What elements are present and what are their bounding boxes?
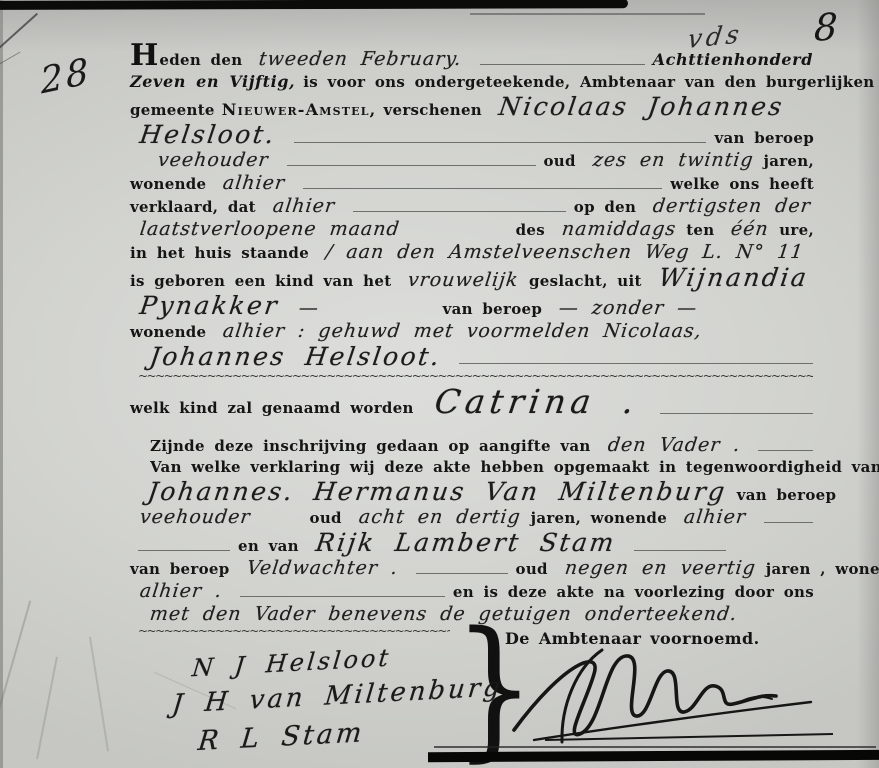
fill-line [660, 411, 813, 414]
printed-form-text: eden den [159, 51, 242, 70]
printed-form-text: Van welke verklaring wij deze akte hebbe… [150, 458, 879, 477]
document-line: welk kind zal genaamd wordenCatrina . [130, 385, 821, 419]
printed-form-text: geslacht, uit [529, 272, 642, 291]
scan-edge-line-top [470, 13, 705, 15]
printed-form-text: jaren, [763, 152, 814, 171]
document-line: is geboren een kind van hetvrouwelijkges… [130, 265, 821, 291]
wavy-fill-line: ~~~~~~~~~~~~~~~~~~~~~~~~~~~~~~~~~~~~~~~~… [138, 371, 813, 381]
printed-form-text: verklaard, dat [130, 198, 256, 217]
ink-bleedthrough [36, 657, 58, 759]
akte-lines: Heden dentweeden February.Achttienhonder… [130, 48, 821, 640]
printed-form-text: van beroep [714, 129, 814, 148]
handwritten-entry: één [730, 219, 770, 239]
document-line: veehouderoudzes en twintigjaren, [148, 150, 821, 171]
fill-line [459, 361, 813, 364]
document-line: Heden dentweeden February.Achttienhonder… [130, 48, 821, 70]
fill-line [240, 594, 445, 597]
handwritten-entry: zes en twintig [592, 150, 755, 170]
handwritten-entry: acht en dertig [358, 507, 522, 527]
document-line: Pynakker—van beroep— zonder — [130, 293, 821, 319]
scan-edge-line-bottom [434, 746, 876, 748]
handwritten-entry: alhier [272, 196, 337, 216]
handwritten-name: Wijnandia [657, 265, 810, 290]
handwritten-entry: — zonder — [558, 298, 699, 318]
handwritten-name: Johannes Helsloot. [148, 344, 443, 369]
document-line: en vanRijk Lambert Stam [130, 530, 821, 556]
fill-line [294, 140, 706, 143]
document-line: in het huis staande/ aan den Amstelveens… [130, 242, 821, 263]
fill-line-short [634, 548, 726, 551]
printed-form-text: is geboren een kind van het [130, 272, 391, 291]
printed-form-text: jaren , wonende [766, 560, 879, 579]
document-line: wonendealhierwelke ons heeft [130, 173, 821, 194]
printed-form-text: en van [238, 537, 299, 556]
printed-form-text: gemeente [130, 101, 215, 120]
document-line: van beroepVeldwachter .oudnegen en veert… [130, 558, 821, 579]
wavy-fill-line: ~~~~~~~~~~~~~~~~~~~~~~~~~~~~~~~~~~~~~~~~… [138, 626, 450, 636]
fill-line [480, 62, 645, 65]
ink-bleedthrough [89, 637, 109, 752]
handwritten-entry: alhier : gehuwd met voormelden Nicolaas, [222, 321, 703, 341]
handwritten-entry: dertigsten der [652, 196, 812, 216]
fill-line [758, 448, 813, 451]
handwritten-name: Rijk Lambert Stam [314, 530, 617, 555]
ink-bleedthrough [0, 600, 31, 735]
handwritten-name: Helsloot. [138, 122, 278, 147]
document-line: wonendealhier : gehuwd met voormelden Ni… [130, 321, 821, 342]
handwritten-entry: Veldwachter . [245, 558, 398, 578]
handwritten-entry: den Vader . [606, 435, 741, 455]
handwritten-name: Nicolaas Johannes [497, 94, 785, 119]
witness-signatures: N J HelslootJ H van MiltenburgR L Stam [172, 646, 503, 749]
handwritten-entry: vrouwelijk [407, 270, 520, 290]
printed-form-text: welke ons heeft [670, 175, 814, 194]
printed-form-text-italic: Achttienhonderd [653, 50, 813, 69]
document-line: Zijnde deze inschrijving gedaan op aangi… [150, 435, 821, 456]
handwritten-entry: negen en veertig [564, 558, 757, 578]
printed-form-text: ure, [779, 221, 814, 240]
scan-edge-left [0, 0, 3, 768]
printed-initial: H [130, 48, 158, 64]
document-line: Johannes Helsloot. [140, 344, 821, 369]
printed-form-text: welk kind zal genaamd worden [130, 399, 414, 418]
page-number: 8 [813, 5, 838, 50]
printed-form-text: oud [516, 560, 548, 579]
handwritten-entry: tweeden February. [258, 49, 463, 69]
printed-form-text: van beroep [443, 300, 543, 319]
scan-edge-bar-top [0, 0, 628, 10]
printed-form-text: verschenen [383, 101, 482, 120]
fill-line [287, 163, 536, 166]
handwritten-child-name: Catrina . [432, 385, 640, 419]
document-line: Johannes. Hermanus Van Miltenburgvan ber… [138, 479, 821, 505]
document-line: gemeenteNieuwer-Amstel,verschenenNicolaa… [130, 94, 821, 120]
printed-form-text: in het huis staande [130, 244, 309, 263]
fill-line-short [138, 548, 230, 551]
scanned-birth-record: 28 vds 8 Heden dentweeden February.Achtt… [0, 0, 879, 768]
printed-form-text: oud [310, 509, 342, 528]
document-line: Helsloot.van beroep [130, 122, 821, 148]
document-line: veehouderoudacht en dertigjaren, wonende… [130, 507, 821, 528]
document-line: verklaard, datalhierop dendertigsten der [130, 196, 821, 217]
fill-line [353, 209, 566, 212]
handwritten-entry: alhier [222, 173, 287, 193]
handwritten-entry: / aan den Amstelveenschen Weg L. N° 11 [325, 242, 805, 262]
printed-form-text: wonende [130, 323, 206, 342]
handwritten-entry: met den Vader benevens de getuigen onder… [149, 604, 739, 624]
printed-form-text: jaren, wonende [531, 509, 667, 528]
document-line: laatstverloopene maanddesnamiddagstenéén… [130, 219, 821, 240]
handwritten-entry: laatstverloopene maand [139, 219, 401, 239]
handwritten-entry: alhier . [139, 581, 224, 601]
printed-form-text: is voor ons ondergeteekende, Ambtenaar v… [303, 73, 879, 92]
handwritten-entry: veehouder [157, 150, 270, 170]
printed-form-text-italic: Zeven en Vijftig, [130, 72, 295, 91]
printed-form-text: van beroep [130, 560, 230, 579]
printed-form-text: van beroep [737, 486, 837, 505]
printed-form-text: des [516, 221, 545, 240]
scan-shadow-right [857, 0, 879, 768]
printed-form-text: ten [686, 221, 714, 240]
printed-form-text: oud [544, 152, 576, 171]
document-line: Zeven en Vijftig,is voor ons ondergeteek… [130, 72, 821, 92]
handwritten-entry: namiddags [561, 219, 678, 239]
handwritten-name: Johannes. Hermanus Van Miltenburg [146, 479, 728, 504]
printed-form-text: Zijnde deze inschrijving gedaan op aangi… [150, 437, 591, 456]
scan-scratch [0, 52, 21, 66]
document-line: Van welke verklaring wij deze akte hebbe… [150, 458, 821, 477]
printed-form-text: wonende [130, 175, 206, 194]
act-number: 28 [39, 50, 93, 102]
handwritten-entry: — [298, 298, 320, 318]
handwritten-entry: alhier [683, 507, 748, 527]
fill-line [303, 186, 662, 189]
scan-edge-bar-bottom [428, 750, 879, 762]
printed-place-name: Nieuwer-Amstel, [222, 100, 377, 119]
official-signature-flourish [506, 644, 826, 748]
fill-line-short [416, 571, 508, 574]
fill-line [764, 520, 813, 523]
handwritten-name: Pynakker [138, 293, 281, 318]
handwritten-entry: veehouder [139, 507, 252, 527]
printed-form-text: op den [574, 198, 636, 217]
